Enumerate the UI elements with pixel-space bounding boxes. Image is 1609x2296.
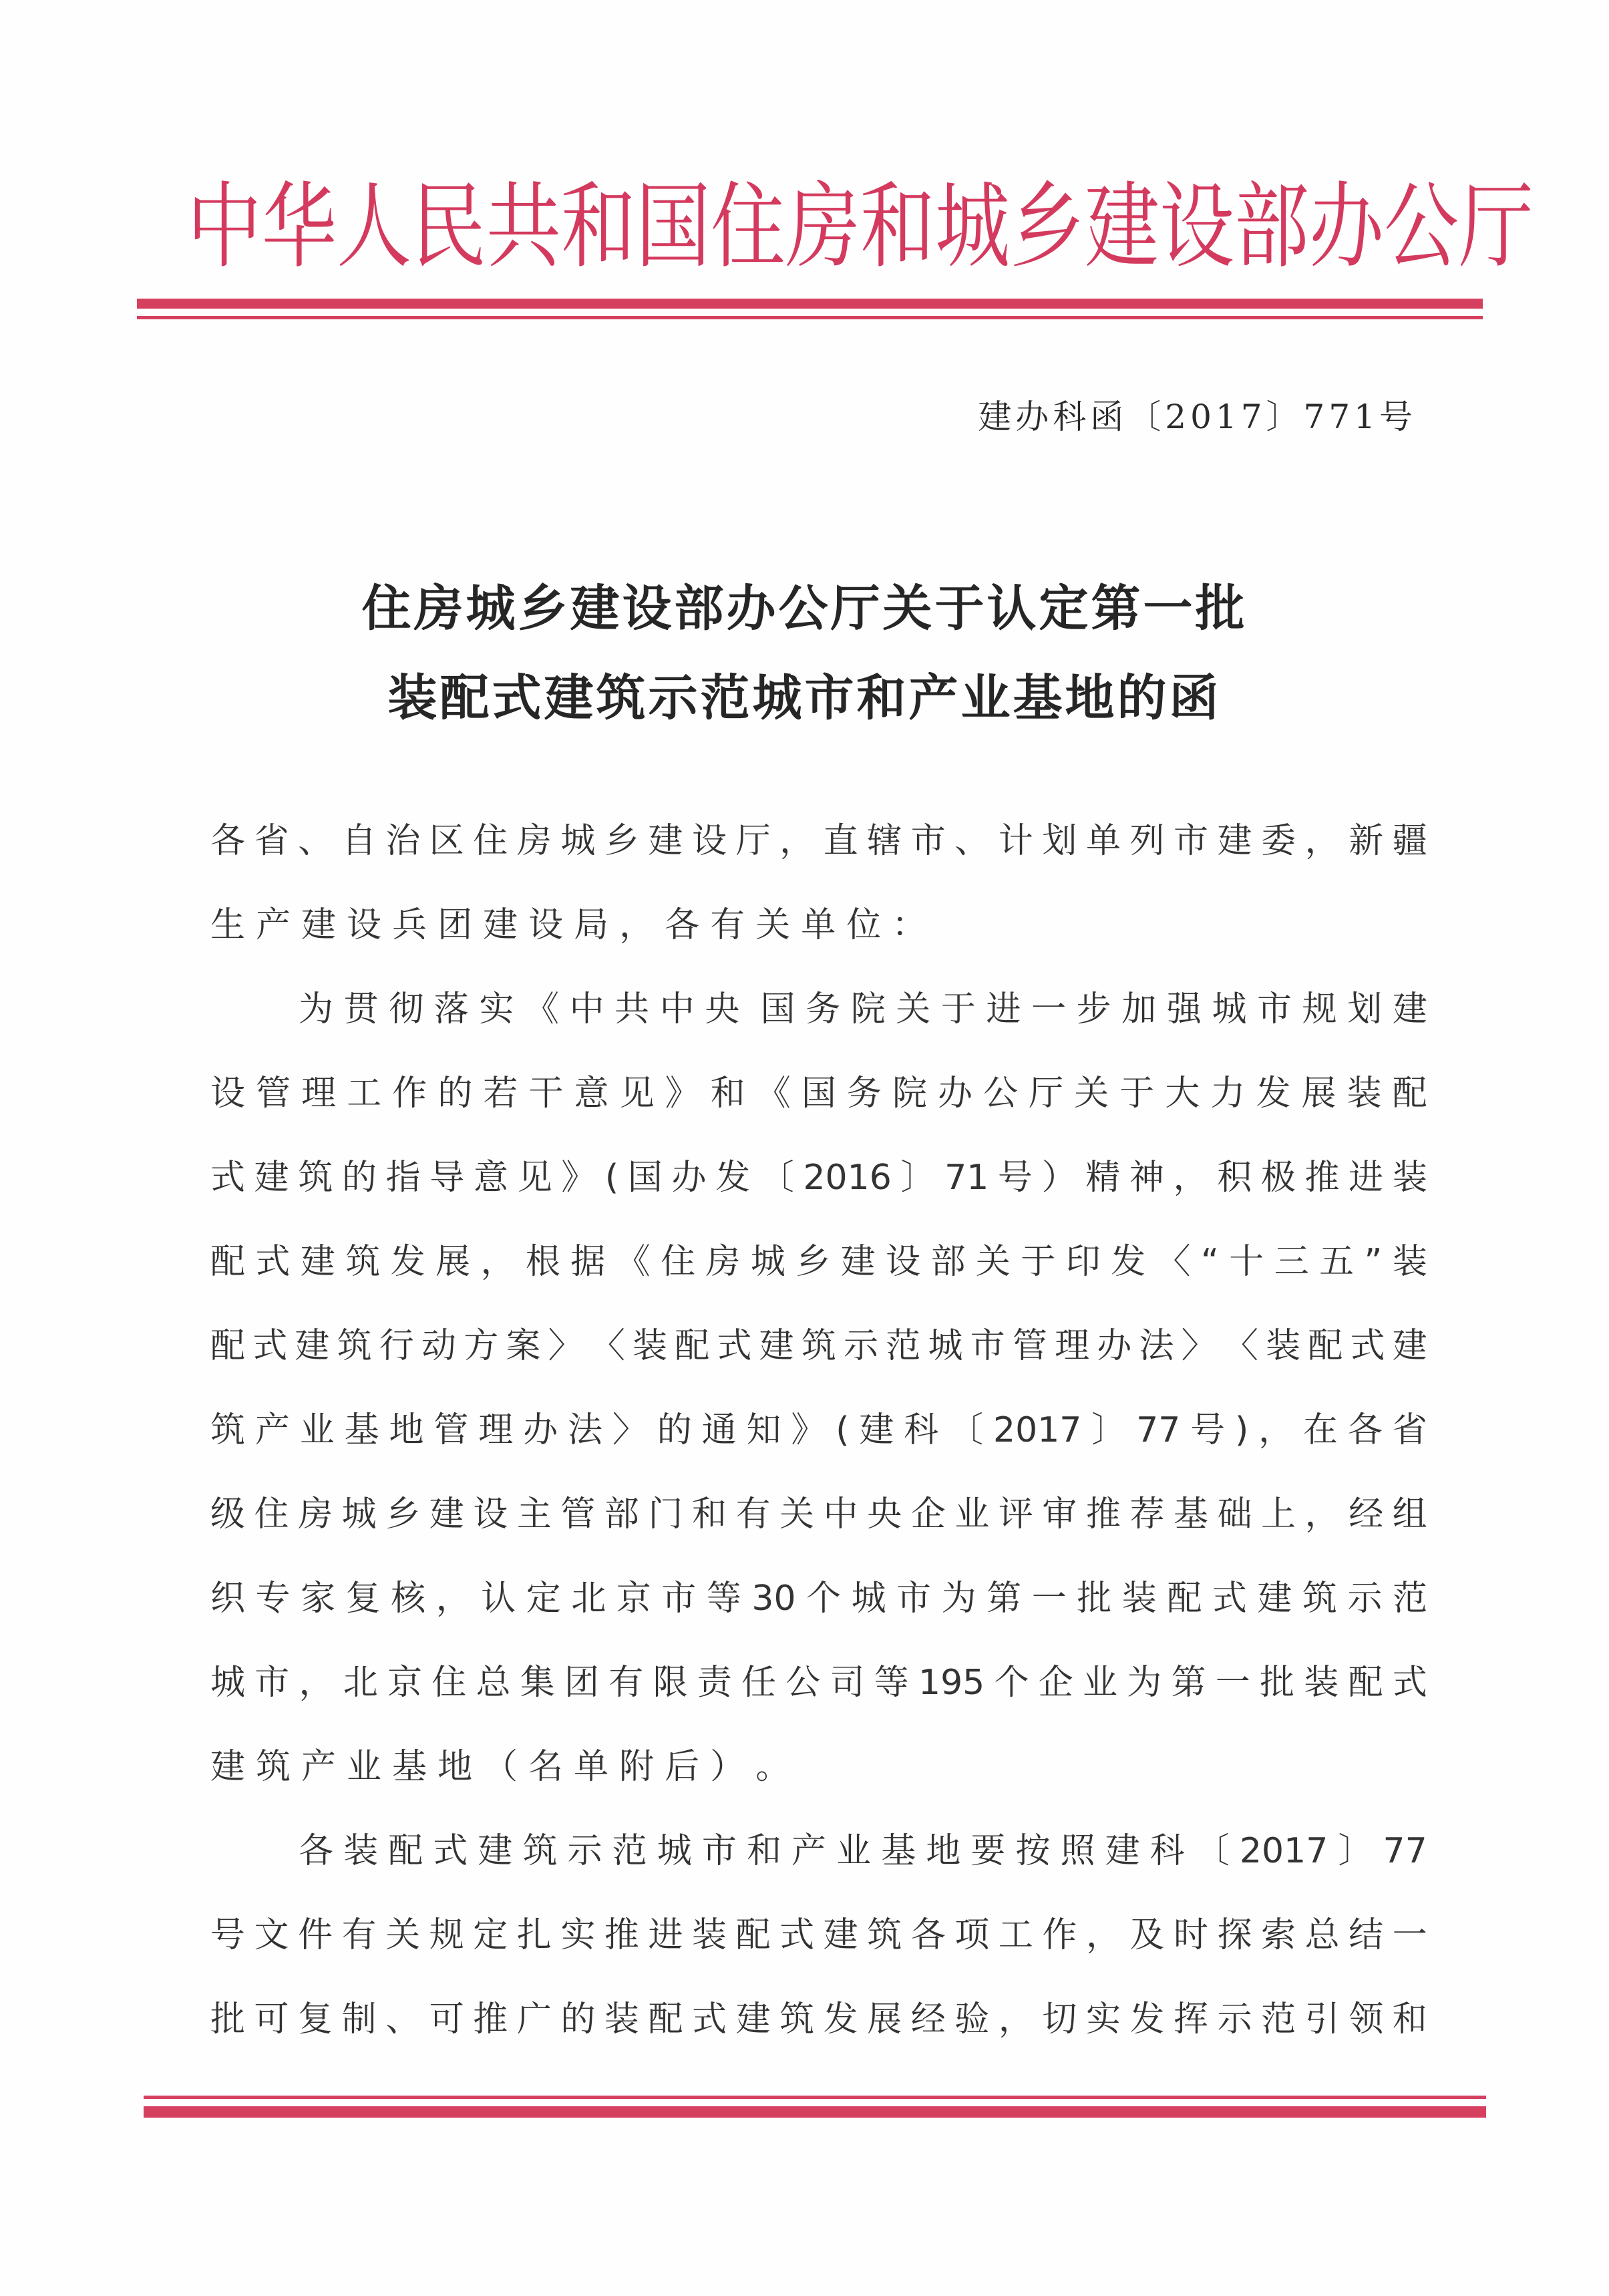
body-line: 各省、自治区住房城乡建设厅，直辖市、计划单列市建委，新疆 — [210, 818, 1427, 864]
org-name-char: 设 — [1159, 180, 1234, 274]
body-line: 筑产业基地管理办法〉的通知》(建科〔2017〕77号)，在各省 — [210, 1407, 1427, 1454]
org-name-char: 部 — [1234, 180, 1309, 274]
org-name-char: 华 — [262, 180, 337, 274]
org-header: 中华人民共和国住房和城乡建设部办公厅 — [187, 175, 1433, 279]
org-name-char: 乡 — [1010, 180, 1085, 274]
doc-number: 建办科函〔2017〕771号 — [978, 395, 1417, 438]
org-name-char: 民 — [411, 180, 486, 274]
body-line: 为贯彻落实《中共中央 国务院关于进一步加强城市规划建 — [299, 986, 1427, 1033]
body-line: 设管理工作的若干意见》和《国务院办公厅关于大力发展装配 — [210, 1070, 1427, 1117]
org-name-char: 办 — [1309, 180, 1384, 274]
org-name-char: 和 — [561, 180, 636, 274]
footer-rule-thick — [144, 2106, 1486, 2118]
org-name-char: 中 — [187, 180, 262, 274]
body-line: 织专家复核，认定北京市等30个城市为第一批装配式建筑示范 — [210, 1575, 1427, 1622]
org-name-char: 房 — [785, 180, 860, 274]
org-name-char: 人 — [337, 180, 411, 274]
org-name-char: 住 — [711, 180, 785, 274]
body-line: 城市，北京住总集团有限责任公司等195个企业为第一批装配式 — [210, 1659, 1427, 1706]
org-name-char: 和 — [860, 180, 935, 274]
body-line: 生产建设兵团建设局，各有关单位： — [210, 902, 1427, 949]
org-name-char: 国 — [636, 180, 711, 274]
doc-title-line-1: 住房城乡建设部办公厅关于认定第一批 — [0, 579, 1609, 639]
org-name-char: 共 — [486, 180, 561, 274]
body-line: 号文件有关规定扎实推进装配式建筑各项工作，及时探索总结一 — [210, 1912, 1427, 1959]
org-name-char: 公 — [1384, 180, 1459, 274]
header-rule-thin — [137, 316, 1483, 319]
body-line: 建筑产业基地（名单附后）。 — [210, 1744, 1427, 1790]
body-line: 批可复制、可推广的装配式建筑发展经验，切实发挥示范引领和 — [210, 1996, 1427, 2043]
body-line: 各装配式建筑示范城市和产业基地要按照建科〔2017〕77 — [299, 1828, 1427, 1874]
org-name-char: 城 — [935, 180, 1010, 274]
footer-rule-thin — [144, 2096, 1486, 2099]
body-line: 配式建筑发展，根据《住房城乡建设部关于印发〈“十三五”装 — [210, 1239, 1427, 1285]
org-name-char: 厅 — [1459, 180, 1534, 274]
body-line: 配式建筑行动方案〉〈装配式建筑示范城市管理办法〉〈装配式建 — [210, 1323, 1427, 1369]
body-line: 式建筑的指导意见》(国办发〔2016〕71号）精神，积极推进装 — [210, 1154, 1427, 1201]
body-line: 级住房城乡建设主管部门和有关中央企业评审推荐基础上，经组 — [210, 1491, 1427, 1538]
org-name-char: 建 — [1085, 180, 1159, 274]
header-rule-thick — [137, 299, 1483, 309]
doc-title-line-2: 装配式建筑示范城市和产业基地的函 — [0, 668, 1609, 728]
